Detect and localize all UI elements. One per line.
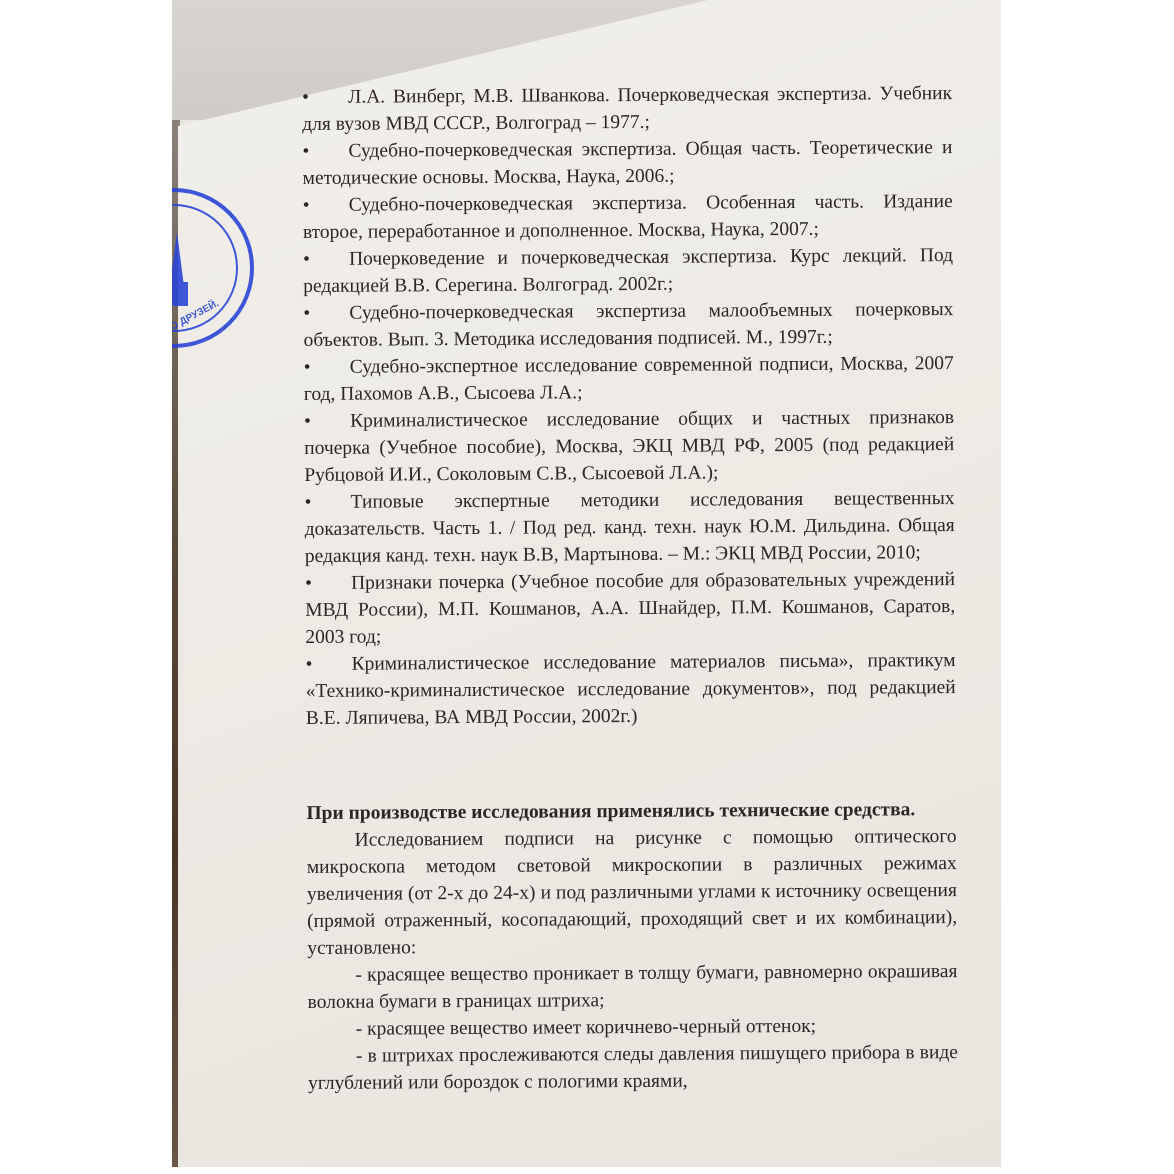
bibliography-list: •Л.А. Винберг, М.В. Шванкова. Почерковед…	[302, 80, 956, 732]
bibliography-item: •Криминалистическое исследование общих и…	[304, 404, 954, 489]
section-heading: При производстве исследования применялис…	[306, 796, 956, 827]
document-content: •Л.А. Винберг, М.В. Шванкова. Почерковед…	[302, 80, 958, 1097]
bibliography-item: •Судебно-экспертное исследование совреме…	[304, 350, 954, 408]
bibliography-item: •Криминалистическое исследование материа…	[305, 647, 955, 732]
bullet-icon: •	[302, 138, 348, 165]
bullet-icon: •	[305, 651, 351, 678]
finding-item: - красящее вещество имеет коричнево-черн…	[308, 1012, 958, 1043]
bibliography-item: •Судебно-почерковедческая экспертиза. Об…	[302, 134, 952, 192]
bibliography-item: •Типовые экспертные методики исследовани…	[304, 485, 954, 570]
finding-item: - в штрихах прослеживаются следы давлени…	[308, 1039, 958, 1097]
bullet-icon: •	[304, 489, 350, 516]
bullet-icon: •	[305, 570, 351, 597]
bibliography-item: •Судебно-почерковедческая экспертиза мал…	[303, 296, 953, 354]
bibliography-item: •Почерковедение и почерковедческая экспе…	[303, 242, 953, 300]
stamp-building-icon	[172, 282, 188, 306]
bullet-icon: •	[304, 408, 350, 435]
bullet-icon: •	[303, 246, 349, 273]
bullet-icon: •	[303, 192, 349, 219]
bullet-icon: •	[303, 300, 349, 327]
bullet-icon: •	[304, 354, 350, 381]
bibliography-item: •Признаки почерка (Учебное пособие для о…	[305, 566, 955, 651]
intro-paragraph: Исследованием подписи на рисунке с помощ…	[307, 823, 958, 962]
section-spacer	[306, 728, 956, 800]
finding-item: - красящее вещество проникает в толщу бу…	[307, 958, 957, 1016]
bibliography-item: •Судебно-почерковедческая экспертиза. Ос…	[303, 188, 953, 246]
bibliography-item: •Л.А. Винберг, М.В. Шванкова. Почерковед…	[302, 80, 952, 138]
document-photo: О ДРУЗЕЙ. •Л.А. Винберг, М.В. Шванкова. …	[172, 0, 1001, 1167]
bullet-icon: •	[302, 84, 348, 111]
